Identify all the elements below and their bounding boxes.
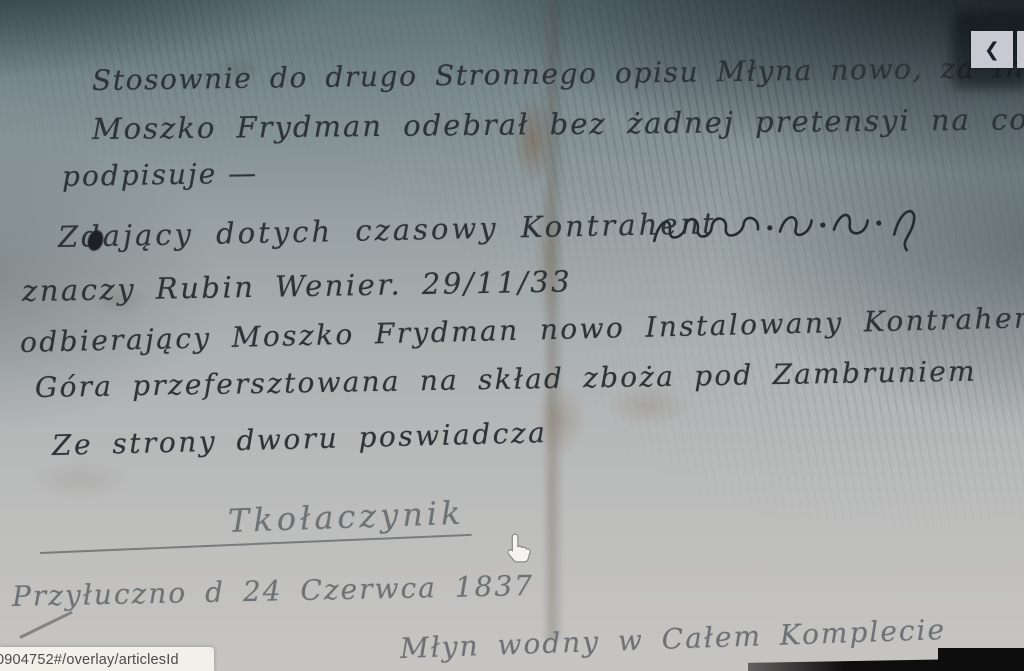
manuscript-line-8: Ze strony dworu poswiadcza bbox=[52, 416, 548, 462]
status-bar: 0904752#/overlay/articlesId bbox=[0, 647, 214, 671]
screen-photo: Stosownie do drugo Stronnego opisu Młyna… bbox=[0, 0, 1024, 671]
manuscript-line-2: Moszko Frydman odebrał bez żadnej preten… bbox=[92, 101, 1024, 146]
prev-page-button[interactable]: ❮ bbox=[971, 31, 1013, 68]
manuscript-line-7: Góra przefersztowana na skład zboża pod … bbox=[35, 355, 977, 404]
manuscript-line-3: podpisuje — bbox=[62, 157, 259, 193]
scan-dark-edge-corner bbox=[938, 648, 1024, 671]
pencil-mark bbox=[19, 611, 72, 639]
manuscript-line-4: Zdający dotych czasowy Kontrahent bbox=[58, 206, 717, 254]
official-signature: Tkołaczynik bbox=[227, 494, 465, 540]
manuscript-line-5: znaczy Rubin Wenier. 29/11/33 bbox=[22, 264, 573, 308]
next-page-button[interactable]: ❯ bbox=[1017, 31, 1024, 68]
chevron-left-icon: ❮ bbox=[984, 39, 1000, 61]
manuscript-line-1: Stosownie do drugo Stronnego opisu Młyna… bbox=[92, 49, 1024, 97]
place-date-line: Przyłuczno d 24 Czerwca 1837 bbox=[12, 569, 535, 613]
hand-pointer-cursor bbox=[505, 532, 532, 568]
manuscript-bottom-partial-line: Młyn wodny w Całem Komplecie bbox=[399, 613, 946, 665]
status-url-text: 0904752#/overlay/articlesId bbox=[0, 652, 214, 668]
manuscript-line-6: odbierający Moszko Frydman nowo Instalow… bbox=[20, 301, 1024, 359]
hebrew-cursive-signature bbox=[647, 195, 944, 268]
